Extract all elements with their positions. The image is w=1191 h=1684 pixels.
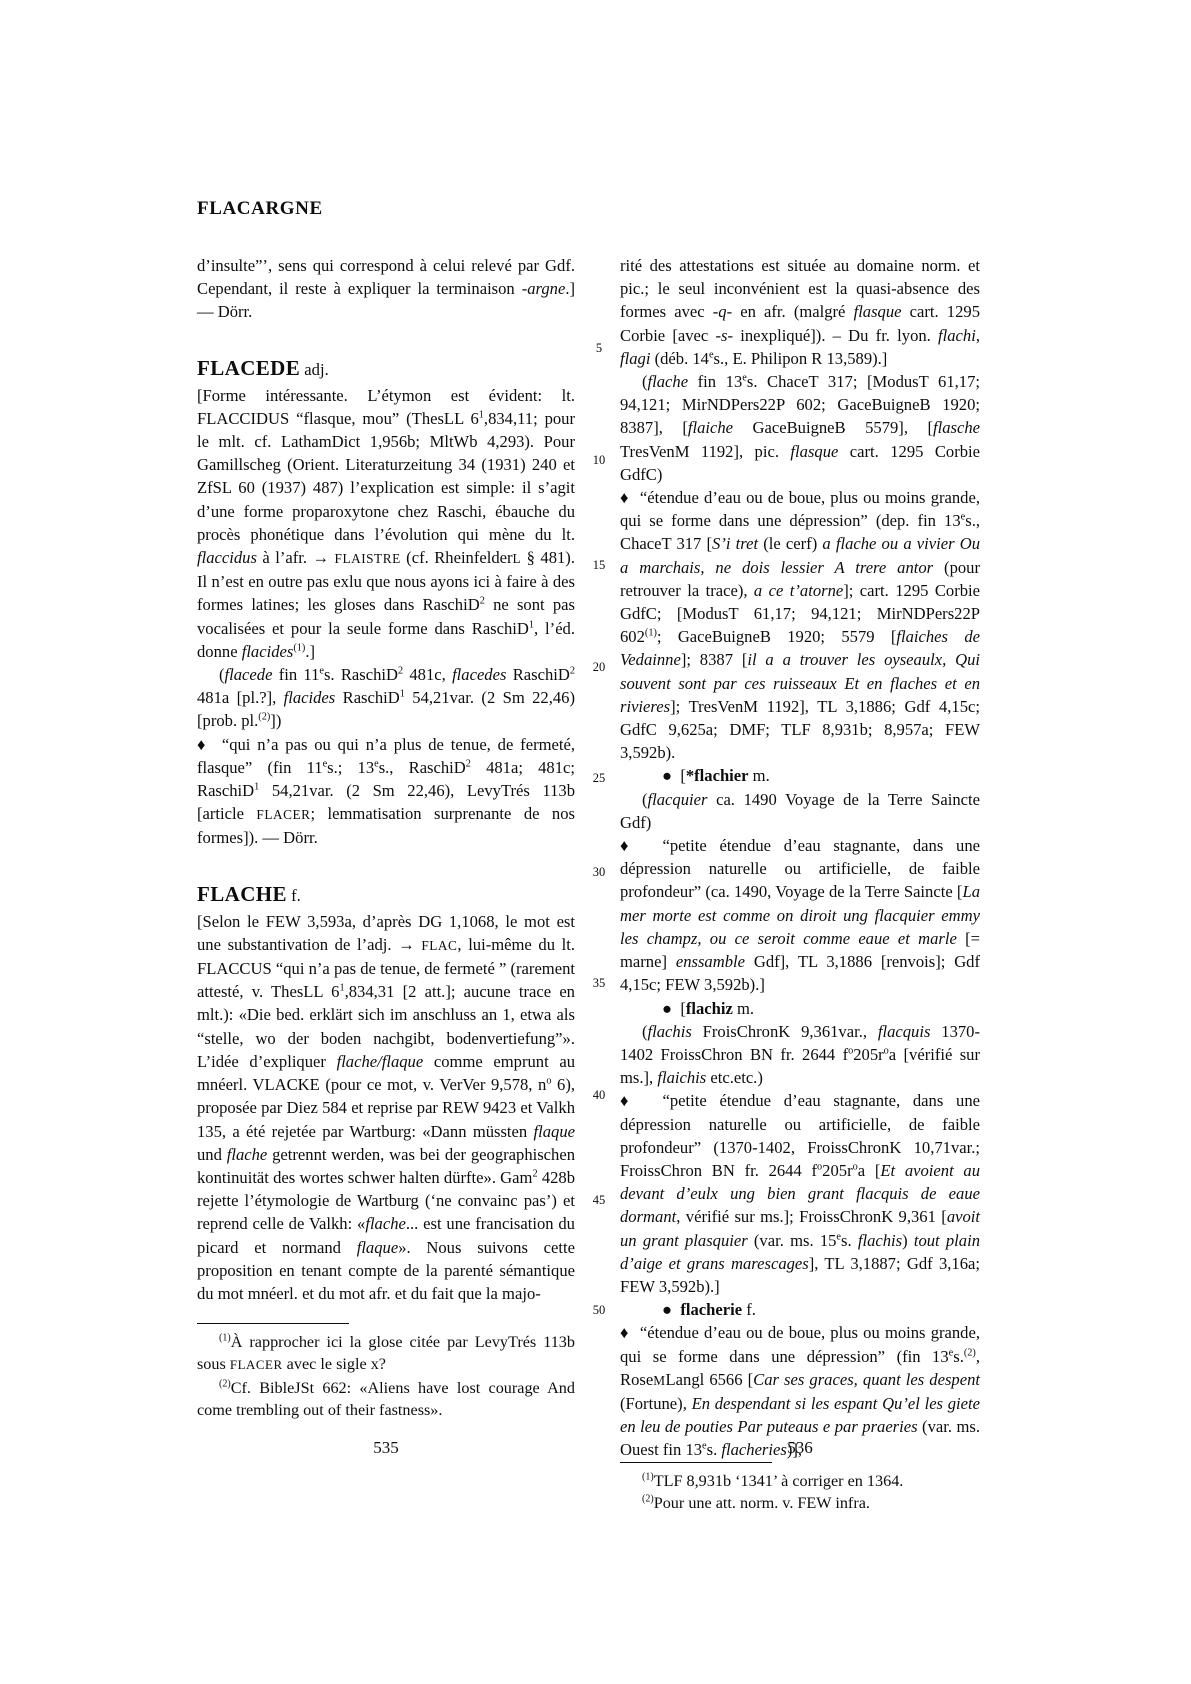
running-head: FLACARGNE (197, 198, 323, 220)
text-segment: FLACER (230, 1357, 283, 1372)
line-number: 5 (585, 340, 613, 356)
text-segment: RaschiD (506, 665, 569, 684)
paragraph: d’insulte”’, sens qui correspond à celui… (197, 254, 575, 324)
text-segment: flache (365, 1214, 406, 1233)
text-segment: flache (648, 372, 689, 391)
footnote: (2)Cf. BibleJSt 662: «Aliens have lost c… (197, 1377, 575, 1422)
text-segment: s. (841, 1231, 858, 1250)
text-segment: flaichis (657, 1068, 706, 1087)
text-segment: flacede (225, 665, 273, 684)
line-number: 15 (585, 557, 613, 573)
text-segment: inexpliqué]). – Du fr. lyon. (733, 326, 938, 345)
text-segment: flacides (284, 688, 336, 707)
text-segment: s.; 13 (327, 758, 374, 777)
text-segment: TresVenM 1192], pic. (620, 442, 790, 461)
text-segment: Car ses graces, quant les despent (753, 1370, 980, 1389)
paragraph: ♦ “petite étendue d’eau stagnante, dans … (620, 834, 980, 996)
footnotes-block: (1)À rapprocher ici la glose citée par L… (197, 1323, 575, 1422)
text-segment: m. (733, 999, 754, 1018)
text-segment: -argne (522, 279, 566, 298)
text-segment: fin 13 (688, 372, 742, 391)
left-column: d’insulte”’, sens qui correspond à celui… (197, 254, 575, 1422)
paragraph: ♦ “petite étendue d’eau stagnante, dans … (620, 1089, 980, 1298)
footnote-marker: (1) (219, 1332, 231, 1343)
text-segment: ♦ “étendue d’eau ou de boue, plus ou moi… (620, 488, 980, 530)
footnote-rule (197, 1323, 349, 1324)
paragraph: [Selon le FEW 3,593a, d’après DG 1,1068,… (197, 910, 575, 1305)
paragraph: ♦ “qui n’a pas ou qui n’a plus de tenue,… (197, 733, 575, 850)
paragraph: ♦ “étendue d’eau ou de boue, plus ou moi… (620, 486, 980, 764)
text-segment: Langl 6566 [ (666, 1370, 754, 1389)
text-segment: Cf. BibleJSt 662: «Aliens have lost cour… (197, 1379, 575, 1420)
text-segment: s. RaschiD (324, 665, 398, 684)
text-segment: M (653, 1373, 665, 1388)
footnotes-block: (1)TLF 8,931b ‘1341’ à corriger en 1364.… (620, 1462, 980, 1515)
text-segment: FLAC (421, 938, 457, 953)
text-segment: flasque (854, 302, 902, 321)
text-segment: ● [ (662, 766, 686, 785)
footnote: (2)Pour une att. norm. v. FEW infra. (620, 1492, 980, 1515)
text-segment: flache/flaque (337, 1052, 424, 1071)
text-segment: flagi (620, 349, 650, 368)
text-segment: (Fortune) (620, 1394, 683, 1413)
text-segment: etc.etc.) (706, 1068, 763, 1087)
text-segment: S’i tret (712, 534, 758, 553)
line-number: 50 (585, 1302, 613, 1318)
text-segment: ♦ “étendue d’eau ou de boue, plus ou moi… (620, 1323, 980, 1365)
text-segment: GaceBuigneB 5579], [ (733, 418, 933, 437)
text-segment: (cf. Rheinfelder (401, 548, 513, 567)
text-segment: m. (749, 766, 770, 785)
text-segment: flachiz (686, 999, 733, 1018)
paragraph: (flacquier ca. 1490 Voyage de la Terre S… (620, 788, 980, 834)
derivative-heading: ● flacherie f. (620, 1298, 980, 1321)
text-segment: FLACEDE (197, 356, 300, 380)
text-segment: flacedes (452, 665, 506, 684)
text-segment: -s- (716, 326, 734, 345)
page-number-right: 536 (620, 1438, 980, 1458)
line-number: 35 (585, 975, 613, 991)
text-segment: d’insulte”’, sens qui correspond à celui… (197, 256, 575, 298)
text-segment: flacquis (878, 1022, 931, 1041)
text-segment: (déb. 14 (650, 349, 709, 368)
text-segment: (var. ms. 15 (748, 1231, 837, 1250)
text-segment: -q- (713, 302, 732, 321)
text-segment: FroisChronK 9,361var., (692, 1022, 878, 1041)
right-column: rité des attestations est située au doma… (620, 254, 980, 1422)
text-segment: RaschiD (335, 688, 400, 707)
text-segment: flaccidus (197, 548, 257, 567)
line-number: 10 (585, 452, 613, 468)
paragraph: (flache fin 13es. ChaceT 317; [ModusT 61… (620, 370, 980, 486)
text-segment: 205r (822, 1161, 852, 1180)
text-segment: und (197, 1145, 227, 1164)
footnote-rule (620, 1462, 772, 1463)
line-number: 40 (585, 1087, 613, 1103)
text-segment: Pour une att. norm. v. FEW infra. (654, 1494, 870, 1512)
text-segment: f. (742, 1300, 756, 1319)
paragraph: (flachis FroisChronK 9,361var., flacquis… (620, 1020, 980, 1090)
text-segment: flaque (534, 1122, 575, 1141)
line-number: 45 (585, 1192, 613, 1208)
text-segment: (2) (258, 712, 270, 723)
dictionary-page: FLACARGNE d’insulte”’, sens qui correspo… (0, 0, 1191, 1684)
text-segment: FLAISTRE (335, 551, 401, 566)
paragraph: (flacede fin 11es. RaschiD2 481c, flaced… (197, 663, 575, 733)
footnote-marker: (2) (219, 1378, 231, 1389)
text-segment: 481c, (403, 665, 452, 684)
text-segment: flasque (790, 442, 838, 461)
text-segment: FLACHE (197, 882, 287, 906)
text-segment: f. (287, 886, 301, 905)
line-number: 30 (585, 864, 613, 880)
text-segment: (le cerf) (758, 534, 822, 553)
text-segment: flasche (933, 418, 980, 437)
text-segment: ]) (270, 711, 281, 730)
line-number: 25 (585, 770, 613, 786)
text-segment: flache (227, 1145, 268, 1164)
text-segment: s., E. Philipon R 13,589).] (714, 349, 888, 368)
text-segment: flachis (648, 1022, 692, 1041)
text-segment: ,834,11; pour le mlt. cf. LathamDict 1,9… (197, 409, 575, 544)
derivative-heading: ● [*flachier m. (620, 764, 980, 787)
text-segment: flacides (242, 642, 294, 661)
entry-heading: FLACHE f. (197, 881, 575, 909)
text-segment: flaque (357, 1238, 398, 1257)
text-segment: 2 (570, 666, 575, 677)
text-segment: TLF 8,931b ‘1341’ à corriger en 1364. (654, 1472, 904, 1490)
text-segment: 481a [pl.?], (197, 688, 284, 707)
text-segment: (1) (293, 642, 305, 653)
text-segment: flachi (938, 326, 976, 345)
text-segment: a [ (858, 1161, 881, 1180)
line-number: 20 (585, 659, 613, 675)
derivative-heading: ● [flachiz m. (620, 997, 980, 1020)
text-segment: adj. (300, 360, 329, 379)
footnote: (1)À rapprocher ici la glose citée par L… (197, 1331, 575, 1377)
text-segment: ; GaceBuigneB 1920; 5579 [ (657, 627, 897, 646)
text-segment: ♦ “petite étendue d’eau stagnante, dans … (620, 836, 980, 901)
text-segment: ]; 8387 [ (681, 650, 748, 669)
footnote-marker: (1) (642, 1471, 654, 1482)
text-segment: , (976, 326, 980, 345)
text-segment: à l’afr. → (257, 548, 335, 567)
text-segment: ]; TresVenM 1192], TL 3,1886; Gdf 4,15c;… (620, 697, 980, 762)
footnote: (1)TLF 8,931b ‘1341’ à corriger en 1364. (620, 1470, 980, 1493)
text-segment: ● (662, 1300, 680, 1319)
text-segment: ● [ (662, 999, 686, 1018)
text-segment: .] (305, 642, 315, 661)
text-segment: L (513, 551, 522, 566)
text-segment: , a ce t’atorne (743, 581, 843, 600)
text-segment: en afr. (malgré (732, 302, 853, 321)
text-segment: ) (902, 1231, 914, 1250)
text-segment: (1) (645, 628, 657, 639)
text-segment: enssamble (676, 952, 745, 971)
text-segment: avec le sigle x? (283, 1355, 386, 1373)
text-segment: flacherie (680, 1300, 742, 1319)
text-segment: fin 11 (272, 665, 319, 684)
text-segment: 205r (853, 1045, 883, 1064)
text-segment: s., RaschiD (379, 758, 466, 777)
entry-heading: FLACEDE adj. (197, 355, 575, 383)
text-segment: flacquier (648, 790, 708, 809)
paragraph: rité des attestations est située au doma… (620, 254, 980, 370)
footnote-marker: (2) (642, 1494, 654, 1505)
text-segment: flachis (858, 1231, 902, 1250)
text-segment: s. (953, 1347, 964, 1366)
text-segment: flaiche (688, 418, 733, 437)
text-segment: FLACER (256, 807, 310, 822)
page-number-left: 535 (197, 1438, 575, 1458)
text-segment: (2) (964, 1347, 976, 1358)
text-segment: , vérifié sur ms.]; FroissChronK 9,361 [ (676, 1207, 947, 1226)
text-segment: *flachier (686, 766, 749, 785)
paragraph: [Forme intéressante. L’étymon est éviden… (197, 384, 575, 663)
